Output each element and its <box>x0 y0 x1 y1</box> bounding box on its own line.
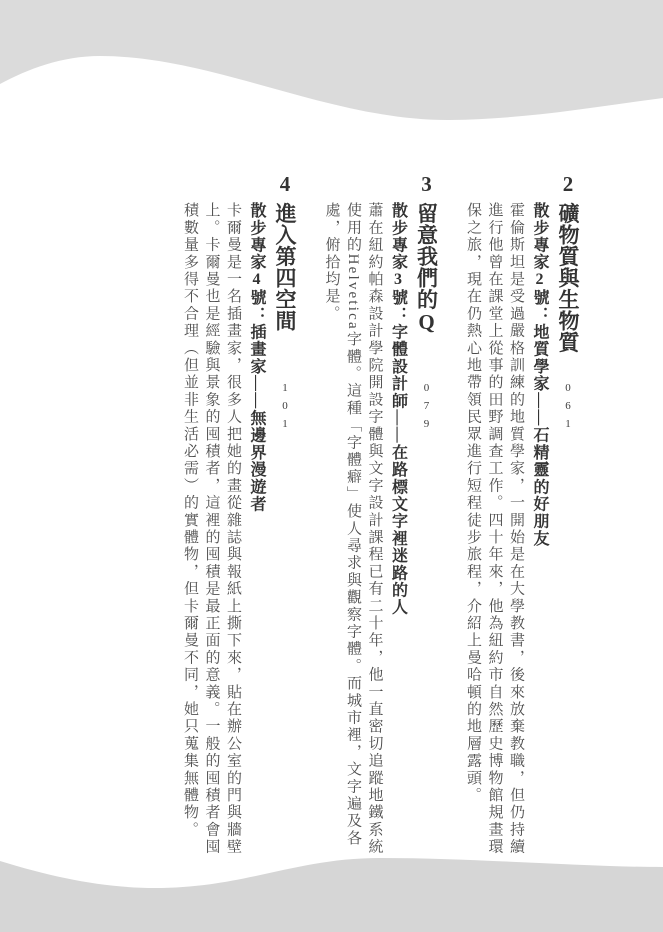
chapter-subtitle: 散步專家3號：字體設計師——在路標文字裡迷路的人 <box>385 202 412 860</box>
subtitle-text: 號：地質學家——石精靈的好朋友 <box>531 289 548 547</box>
top-wave-graphic <box>0 0 663 125</box>
chapter-title: 礦物質與生物質 <box>556 203 580 354</box>
subtitle-number: 3 <box>390 271 407 289</box>
chapter-number: 3 <box>415 172 439 197</box>
chapter-title: 留意我們的 <box>415 203 439 311</box>
bottom-wave-shape <box>0 858 663 932</box>
chapter-title-suffix: Q <box>415 310 439 335</box>
chapter-number: 4 <box>273 172 297 197</box>
subtitle-text: 散步專家 <box>248 202 265 271</box>
subtitle-number: 2 <box>531 271 548 289</box>
chapter-page-number: 079 <box>420 382 431 436</box>
chapter-heading: 2礦物質與生物質061 <box>553 172 583 860</box>
subtitle-text: 號：字體設計師——在路標文字裡迷路的人 <box>390 289 407 616</box>
chapter-summary: 卡爾曼是一名插畫家，很多人把她的畫從雜誌與報紙上撕下來，貼在辦公室的門與牆壁上。… <box>179 202 244 860</box>
chapter-entry-3: 3留意我們的Q079 散步專家3號：字體設計師——在路標文字裡迷路的人 蕭在紐約… <box>320 172 442 860</box>
chapter-number: 2 <box>556 172 580 197</box>
chapter-summary: 霍倫斯坦是受過嚴格訓練的地質學家，一開始是在大學教書，後來放棄教職，但仍持續進行… <box>462 202 527 860</box>
chapter-subtitle: 散步專家2號：地質學家——石精靈的好朋友 <box>526 202 553 860</box>
subtitle-text: 散步專家 <box>390 202 407 271</box>
book-toc-page: { "page": { "background": "#ffffff", "wa… <box>0 0 663 932</box>
chapter-entry-4: 4進入第四空間101 散步專家4號：插畫家——無邊界漫遊者 卡爾曼是一名插畫家，… <box>179 172 301 860</box>
bottom-wave-graphic <box>0 850 663 932</box>
chapter-heading: 3留意我們的Q079 <box>412 172 442 860</box>
chapter-summary: 蕭在紐約帕森設計學院開設字體與文字設計課程已有二十年，他一直密切追蹤地鐵系統使用… <box>320 202 385 860</box>
chapter-subtitle: 散步專家4號：插畫家——無邊界漫遊者 <box>243 202 270 860</box>
subtitle-text: 散步專家 <box>531 202 548 271</box>
chapter-entry-2: 2礦物質與生物質061 散步專家2號：地質學家——石精靈的好朋友 霍倫斯坦是受過… <box>462 172 584 860</box>
chapter-heading: 4進入第四空間101 <box>270 172 300 860</box>
subtitle-text: 號：插畫家——無邊界漫遊者 <box>248 289 265 513</box>
chapter-page-number: 101 <box>279 382 290 436</box>
chapter-page-number: 061 <box>562 382 573 436</box>
chapter-title: 進入第四空間 <box>273 203 297 332</box>
top-wave-shape <box>0 0 663 120</box>
subtitle-number: 4 <box>248 271 265 289</box>
table-of-contents: 2礦物質與生物質061 散步專家2號：地質學家——石精靈的好朋友 霍倫斯坦是受過… <box>179 172 584 860</box>
